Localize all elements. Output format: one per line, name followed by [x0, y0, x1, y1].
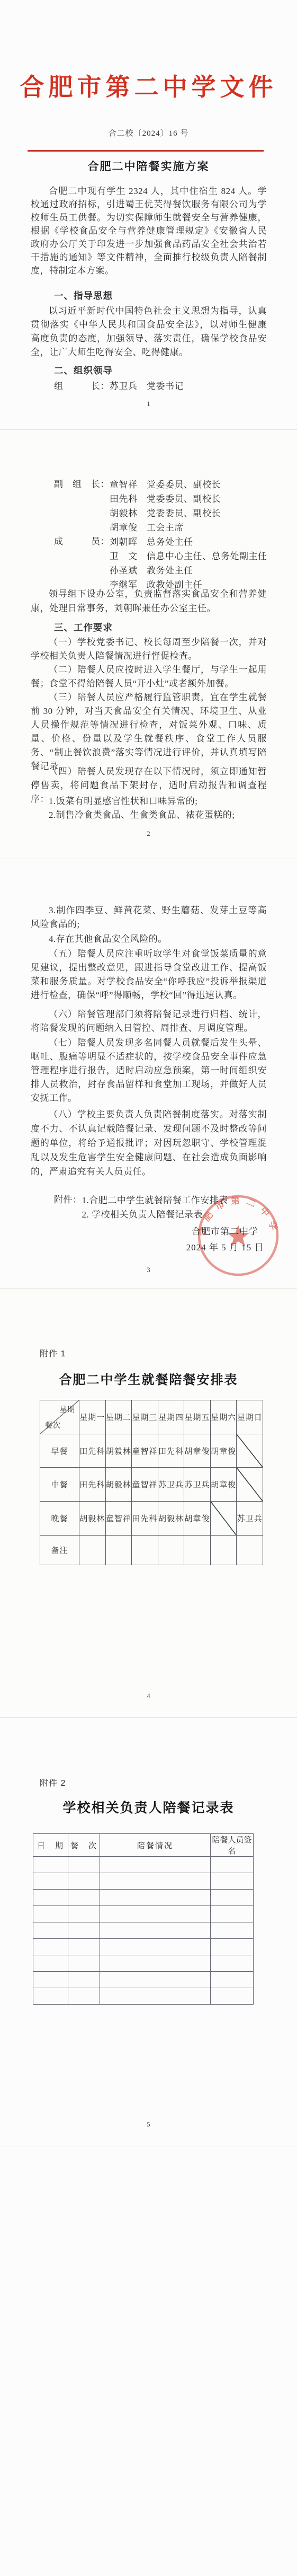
day-header: 星期一 — [79, 1400, 106, 1434]
section-1-paragraph: 以习近平新时代中国特色社会主义思想为指导，认真贯彻落实《中华人民共和国食品安全法… — [31, 304, 267, 359]
office-note-paragraph: 领导组下设办公室，负责监督落实食品安全和营养健康，处理日常事务，刘朝晖兼任办公室… — [31, 587, 267, 615]
section-3-heading: 三、工作要求 — [31, 621, 290, 634]
requirement-7: （七）陪餐人员发现多名同餐人员就餐后发生头晕、呕吐、腹痛等明显不适症状的，按学校… — [31, 1036, 267, 1105]
risk-item-3: 3.制作四季豆、鲜黄花菜、野生蘑菇、发芽土豆等高风险食品的; — [31, 904, 267, 931]
meal-label: 晚餐 — [40, 1502, 79, 1536]
remark-cell — [105, 1536, 132, 1565]
risk-item-4: 4.存在其他食品安全风险的。 — [31, 932, 267, 946]
duty-cell: 胡毅林 — [158, 1502, 184, 1536]
risk-item-1: 1.饭菜有明显感官性状和口味异常的; — [31, 795, 267, 808]
duty-cell-na — [237, 1468, 263, 1502]
corner-label-week: 星期 — [59, 1404, 75, 1415]
deputy-leaders-row: 副 组 长： 童智祥 党委委员、副校长 田先科 党委委员、副校长 胡毅林 党委委… — [31, 478, 290, 535]
day-header: 星期日 — [237, 1400, 263, 1434]
remark-cell — [184, 1536, 211, 1565]
page-number-3: 3 — [0, 1266, 297, 1274]
record-header: 餐 次 — [68, 1834, 100, 1857]
document-header-title: 合肥市第二中学文件 — [0, 68, 297, 103]
leader-row: 组 长： 苏卫兵 党委书记 — [31, 380, 290, 393]
attachment-2-title: 学校相关负责人陪餐记录表 — [0, 1797, 297, 1816]
remark-cell — [158, 1536, 184, 1565]
duty-cell: 童智祥 — [132, 1434, 158, 1468]
table-row-remarks: 备注 — [40, 1536, 263, 1565]
leader-name: 苏卫兵 党委书记 — [110, 380, 184, 393]
record-empty-row — [33, 1988, 254, 2005]
attachment-2-label: 附件 2 — [40, 1776, 66, 1788]
page-number-4: 4 — [0, 1692, 297, 1700]
duty-cell: 胡章俊 — [210, 1434, 237, 1468]
intro-paragraph: 合肥二中现有学生 2324 人，其中住宿生 824 人。学校通过政府招标，引进蜀… — [31, 184, 267, 277]
requirement-2: （二）陪餐人员应按时进入学生餐厅，与学生一起用餐；食堂不得给陪餐人员“开小灶”或… — [31, 663, 267, 691]
page-4: 附件 1 合肥二中学生就餐陪餐安排表 星期 餐次 星期一 星期二 星期三 星期四… — [0, 1288, 297, 1718]
page-number-5: 5 — [0, 2121, 297, 2129]
corner-header-cell: 星期 餐次 — [40, 1400, 79, 1434]
member-name: 孙圣斌 教务处主任 — [110, 563, 267, 578]
meal-label: 备注 — [40, 1536, 79, 1565]
scanned-document: 合肥市第二中学文件 合二校〔2024〕16 号 合肥二中陪餐实施方案 合肥二中现… — [0, 0, 297, 2576]
deputy-name: 田先科 党委委员、副校长 — [110, 492, 221, 506]
meal-schedule-table: 星期 餐次 星期一 星期二 星期三 星期四 星期五 星期六 星期日 早餐 田先科… — [40, 1400, 263, 1565]
duty-cell: 胡章俊 — [210, 1468, 237, 1502]
meal-record-table: 日 期 餐 次 陪餐情况 陪餐人员签名 — [33, 1833, 254, 2005]
deputy-name: 胡章俊 工会主席 — [110, 521, 221, 535]
member-names: 刘朝晖 总务处主任 卫 文 信息中心主任、总务处副主任 孙圣斌 教务处主任 李继… — [110, 535, 267, 592]
record-empty-row — [33, 1972, 254, 1988]
day-header: 星期六 — [210, 1400, 237, 1434]
table-row-dinner: 晚餐 胡毅林 童智祥 田先科 胡毅林 胡章俊 苏卫兵 — [40, 1502, 263, 1536]
record-empty-row — [33, 1906, 254, 1922]
table-row-lunch: 中餐 田先科 胡毅林 童智祥 苏卫兵 苏卫兵 胡章俊 — [40, 1468, 263, 1502]
duty-cell: 胡毅林 — [105, 1434, 132, 1468]
requirement-3: （三）陪餐人员应严格履行监管职责，宜在学生就餐前 30 分钟，对当天食品安全有关… — [31, 691, 267, 773]
page-3: 3.制作四季豆、鲜黄花菜、野生蘑菇、发芽土豆等高风险食品的; 4.存在其他食品安… — [0, 859, 297, 1289]
deputy-label: 副 组 长： — [54, 478, 110, 535]
record-header: 陪餐情况 — [100, 1834, 211, 1857]
record-header-row: 日 期 餐 次 陪餐情况 陪餐人员签名 — [33, 1834, 254, 1857]
duty-cell-na — [210, 1502, 237, 1536]
duty-cell: 胡毅林 — [105, 1468, 132, 1502]
duty-cell: 胡章俊 — [184, 1502, 211, 1536]
risk-item-2: 2.制售冷食类食品、生食类食品、裱花蛋糕的; — [31, 808, 267, 822]
attachment-1-title: 合肥二中学生就餐陪餐安排表 — [0, 1369, 297, 1388]
record-empty-row — [33, 1922, 254, 1939]
attachments-label: 附件： — [54, 1193, 82, 1222]
duty-cell-na — [237, 1434, 263, 1468]
day-header: 星期五 — [184, 1400, 211, 1434]
page-5: 附件 2 学校相关负责人陪餐记录表 日 期 餐 次 陪餐情况 陪餐人员签名 5 — [0, 1717, 297, 2147]
page-number-1: 1 — [0, 400, 297, 408]
duty-cell: 苏卫兵 — [158, 1468, 184, 1502]
meal-label: 中餐 — [40, 1468, 79, 1502]
page-6-blank — [0, 2147, 297, 2576]
page-number-2: 2 — [0, 830, 297, 838]
deputy-name: 胡毅林 党委委员、副校长 — [110, 506, 221, 521]
record-empty-row — [33, 1857, 254, 1873]
record-empty-row — [33, 1890, 254, 1906]
record-header: 陪餐人员签名 — [211, 1834, 254, 1857]
remark-cell — [132, 1536, 158, 1565]
requirement-5: （五）陪餐人员应注重听取学生对食堂饭菜质量的意见建议，提出整改意见，跟进指导食堂… — [31, 947, 267, 1002]
record-empty-row — [33, 1873, 254, 1890]
day-header: 星期二 — [105, 1400, 132, 1434]
deputy-names: 童智祥 党委委员、副校长 田先科 党委委员、副校长 胡毅林 党委委员、副校长 胡… — [110, 478, 221, 535]
members-row: 成 员： 刘朝晖 总务处主任 卫 文 信息中心主任、总务处副主任 孙圣斌 教务处… — [31, 535, 290, 592]
page-1: 合肥市第二中学文件 合二校〔2024〕16 号 合肥二中陪餐实施方案 合肥二中现… — [0, 0, 297, 429]
member-name: 卫 文 信息中心主任、总务处副主任 — [110, 549, 267, 563]
duty-cell: 童智祥 — [105, 1502, 132, 1536]
red-divider-rule — [28, 150, 264, 152]
duty-cell: 童智祥 — [132, 1468, 158, 1502]
document-number: 合二校〔2024〕16 号 — [0, 127, 297, 138]
remark-cell — [237, 1536, 263, 1565]
requirement-1: （一）学校党委书记、校长每周至少陪餐一次，并对学校相关负责人陪餐情况进行督促检查… — [31, 636, 267, 663]
deputy-name: 童智祥 党委委员、副校长 — [110, 478, 221, 492]
document-title: 合肥二中陪餐实施方案 — [0, 158, 297, 174]
duty-cell: 田先科 — [132, 1502, 158, 1536]
record-empty-row — [33, 1955, 254, 1972]
stamp-star-icon — [227, 1225, 249, 1246]
record-header: 日 期 — [33, 1834, 68, 1857]
page-2: 副 组 长： 童智祥 党委委员、副校长 田先科 党委委员、副校长 胡毅林 党委委… — [0, 429, 297, 859]
section-1-heading: 一、指导思想 — [31, 289, 290, 303]
remark-cell — [210, 1536, 237, 1565]
attachment-1-label: 附件 1 — [40, 1347, 66, 1359]
duty-cell: 苏卫兵 — [184, 1468, 211, 1502]
corner-label-meal: 餐次 — [45, 1420, 61, 1431]
record-empty-row — [33, 1939, 254, 1955]
section-2-heading: 二、组织领导 — [31, 364, 290, 377]
duty-cell: 田先科 — [79, 1434, 106, 1468]
table-header-row: 星期 餐次 星期一 星期二 星期三 星期四 星期五 星期六 星期日 — [40, 1400, 263, 1434]
duty-cell: 苏卫兵 — [237, 1502, 263, 1536]
leader-label: 组 长： — [54, 380, 110, 393]
duty-cell: 田先科 — [158, 1434, 184, 1468]
member-name: 刘朝晖 总务处主任 — [110, 535, 267, 549]
requirement-6: （六）陪餐管理部门须将陪餐记录进行归档、统计，将陪餐发现的问题纳入日管控、周排查… — [31, 1008, 267, 1035]
day-header: 星期四 — [158, 1400, 184, 1434]
day-header: 星期三 — [132, 1400, 158, 1434]
duty-cell: 胡毅林 — [79, 1502, 106, 1536]
duty-cell: 田先科 — [79, 1468, 106, 1502]
table-row-breakfast: 早餐 田先科 胡毅林 童智祥 田先科 胡章俊 胡章俊 — [40, 1434, 263, 1468]
remark-cell — [79, 1536, 106, 1565]
meal-label: 早餐 — [40, 1434, 79, 1468]
member-label: 成 员： — [54, 535, 110, 592]
requirement-8: （八）学校主要负责人负责陪餐制度落实。对落实制度不力、不认真记载陪餐记录、发现问… — [31, 1107, 267, 1179]
duty-cell: 胡章俊 — [184, 1434, 211, 1468]
